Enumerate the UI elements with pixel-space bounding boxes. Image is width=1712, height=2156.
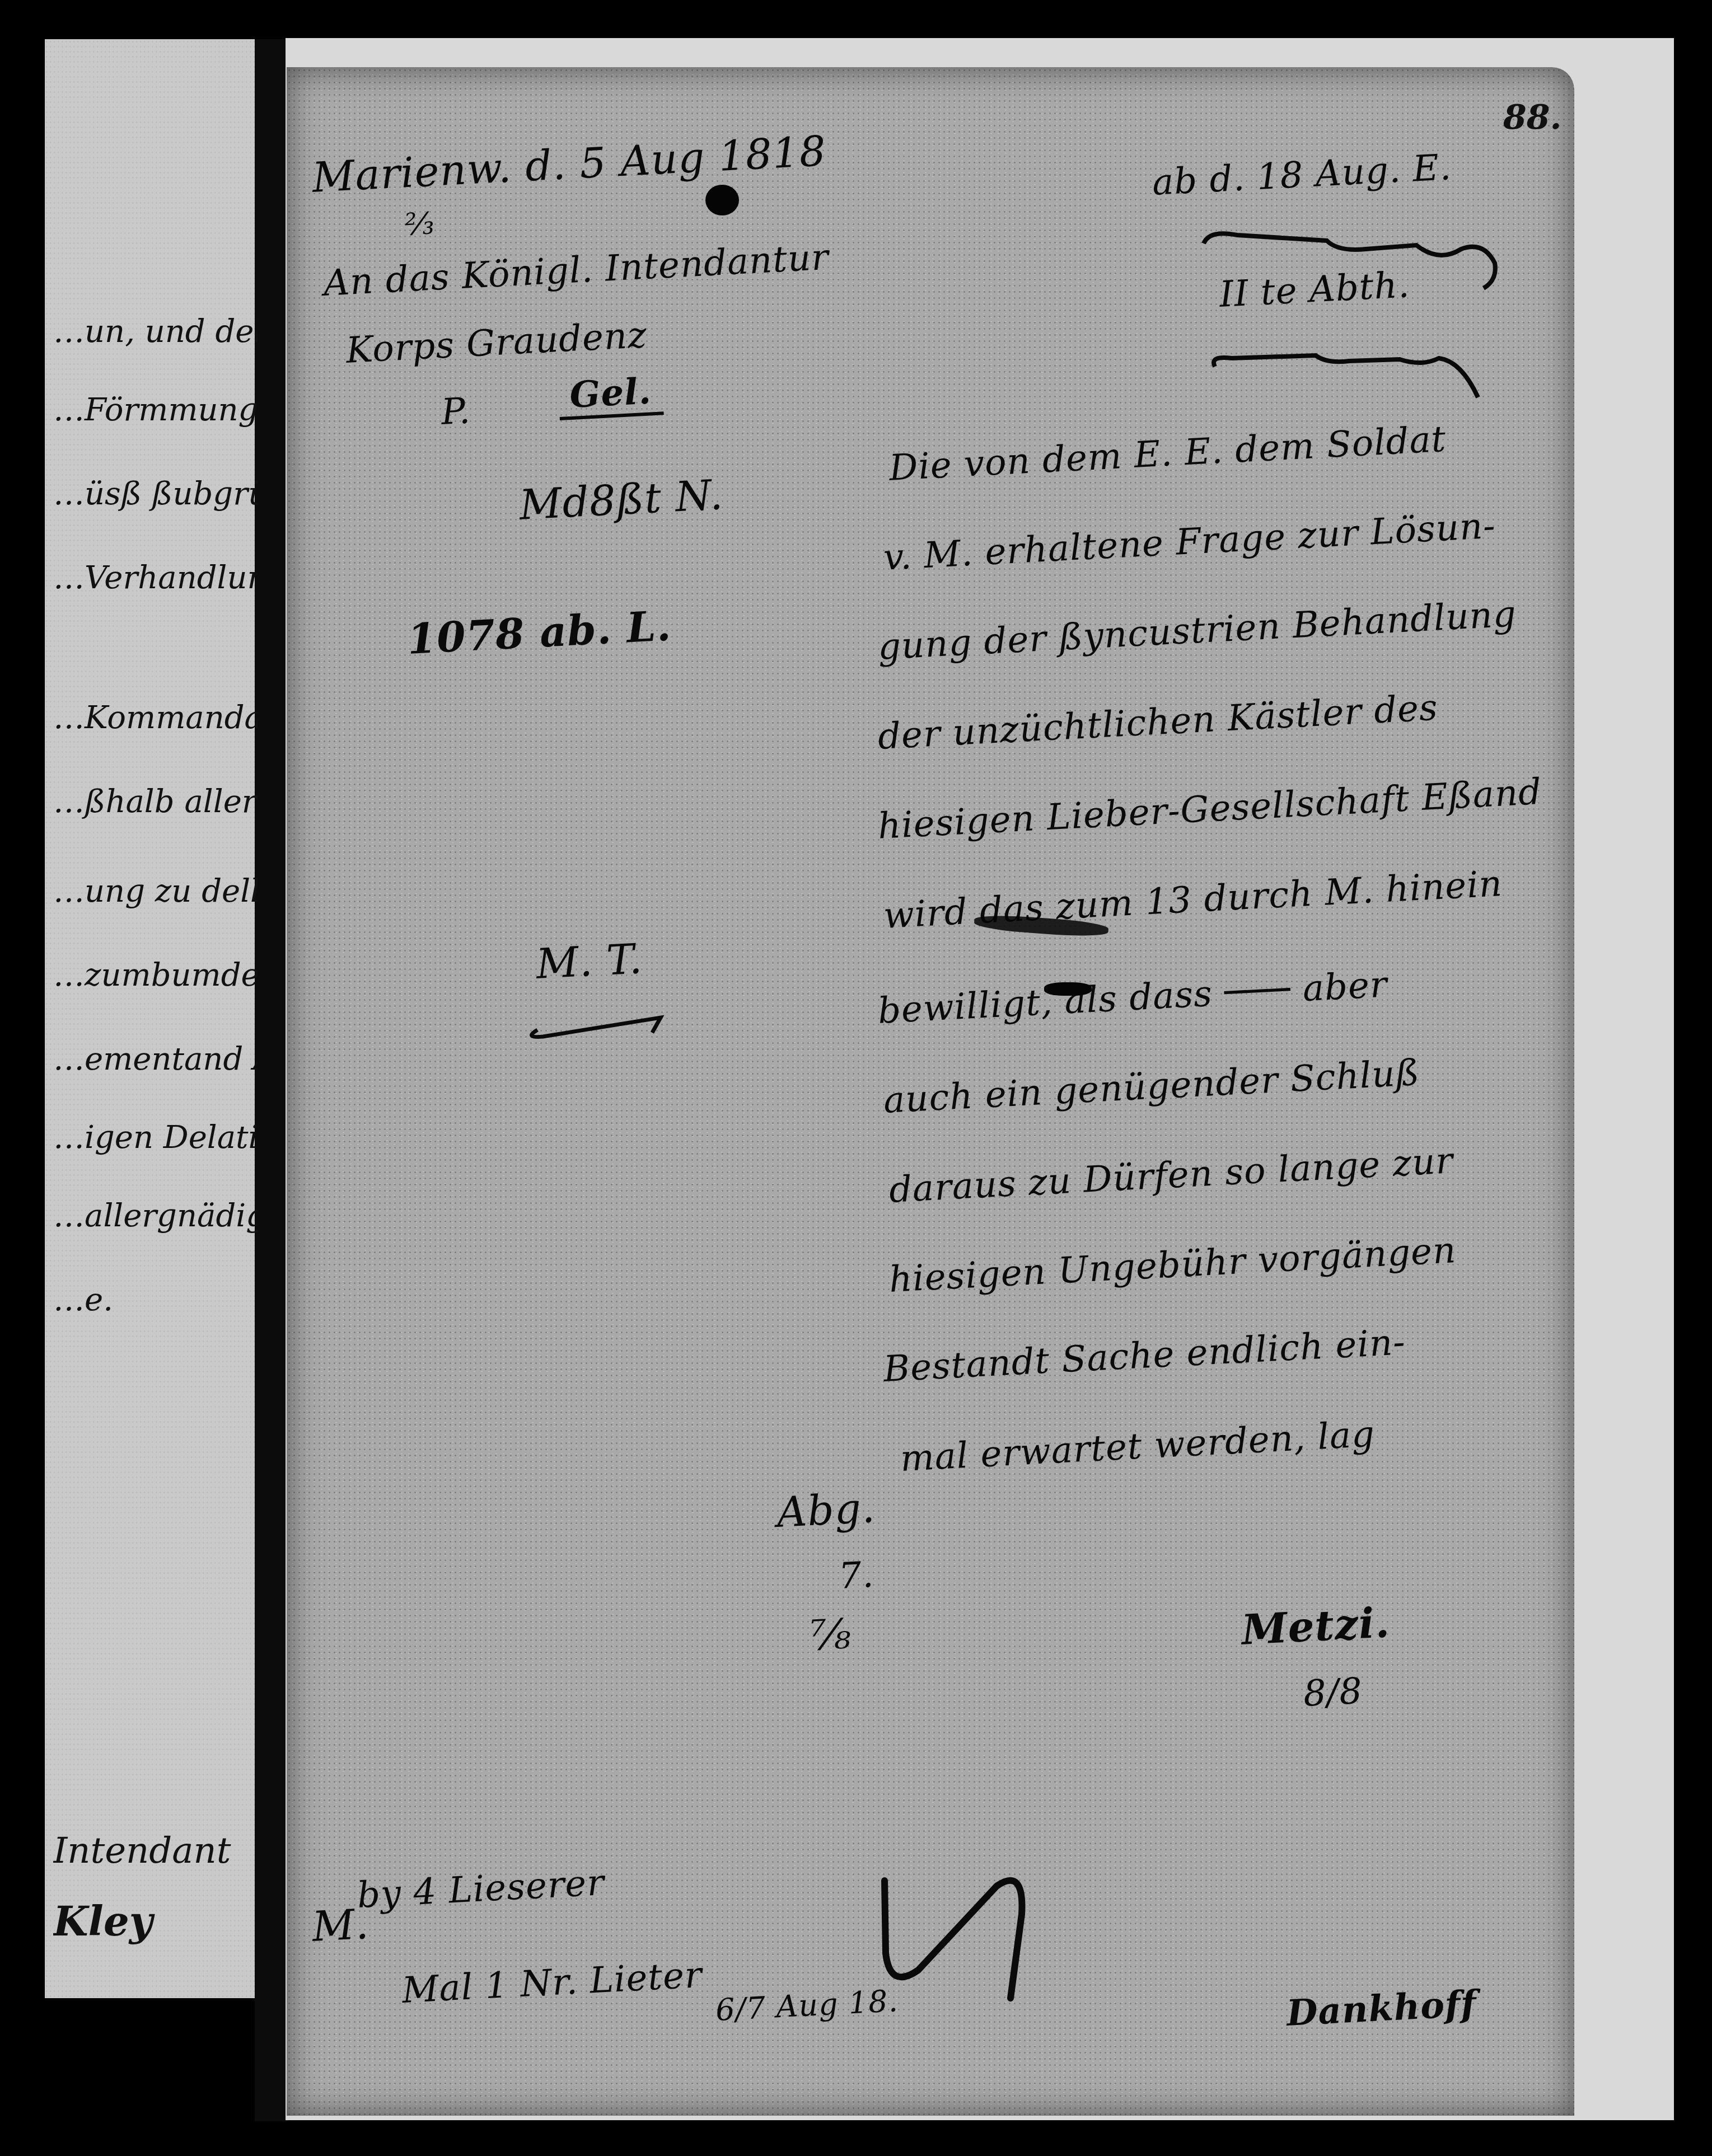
strip-line: …Förmmung und xyxy=(53,392,258,428)
signature: Metzi. xyxy=(1240,1599,1391,1655)
strip-line: …igen Delation xyxy=(53,1119,258,1156)
binding-gutter xyxy=(255,39,288,2121)
strip-line: …ementand Auf xyxy=(53,1041,258,1077)
right-header-flourish-2 xyxy=(1198,336,1523,414)
initials-mark: M. T. xyxy=(535,935,643,988)
closing-flourish xyxy=(873,1869,1053,2015)
strip-signature-title: Intendant xyxy=(53,1830,258,1872)
strikethrough-blot xyxy=(1044,982,1092,996)
page-number: 88. xyxy=(1503,98,1561,137)
strip-line: …e. xyxy=(53,1282,258,1318)
strip-line: …üsß ßubgründ xyxy=(53,476,258,512)
signature-date: 8/8 xyxy=(1302,1671,1364,1715)
dispatch-date-top: 7. xyxy=(838,1554,875,1597)
strip-line: …zumbumdei xyxy=(53,957,258,993)
strip-line: …Verhandlung xyxy=(53,560,258,596)
strip-line: …ung zu dellßß xyxy=(53,873,258,910)
ink-blot xyxy=(705,185,739,215)
strip-line: …un, und del. xyxy=(53,313,258,350)
strip-signature: Kley xyxy=(53,1897,258,1945)
strip-line: …allergnädigst xyxy=(53,1198,258,1234)
place-date-fraction: ⅔ xyxy=(404,205,436,242)
addressee-mark: P. xyxy=(440,390,471,433)
dispatch-mark: Abg. xyxy=(775,1484,876,1537)
strip-line: …ßhalb allerg xyxy=(53,784,258,820)
dispatch-date: ⅞ xyxy=(809,1610,852,1660)
initials-underline xyxy=(521,1007,677,1047)
reference-word: Gel. xyxy=(558,369,664,420)
strip-line: …Kommandantur xyxy=(53,700,258,736)
